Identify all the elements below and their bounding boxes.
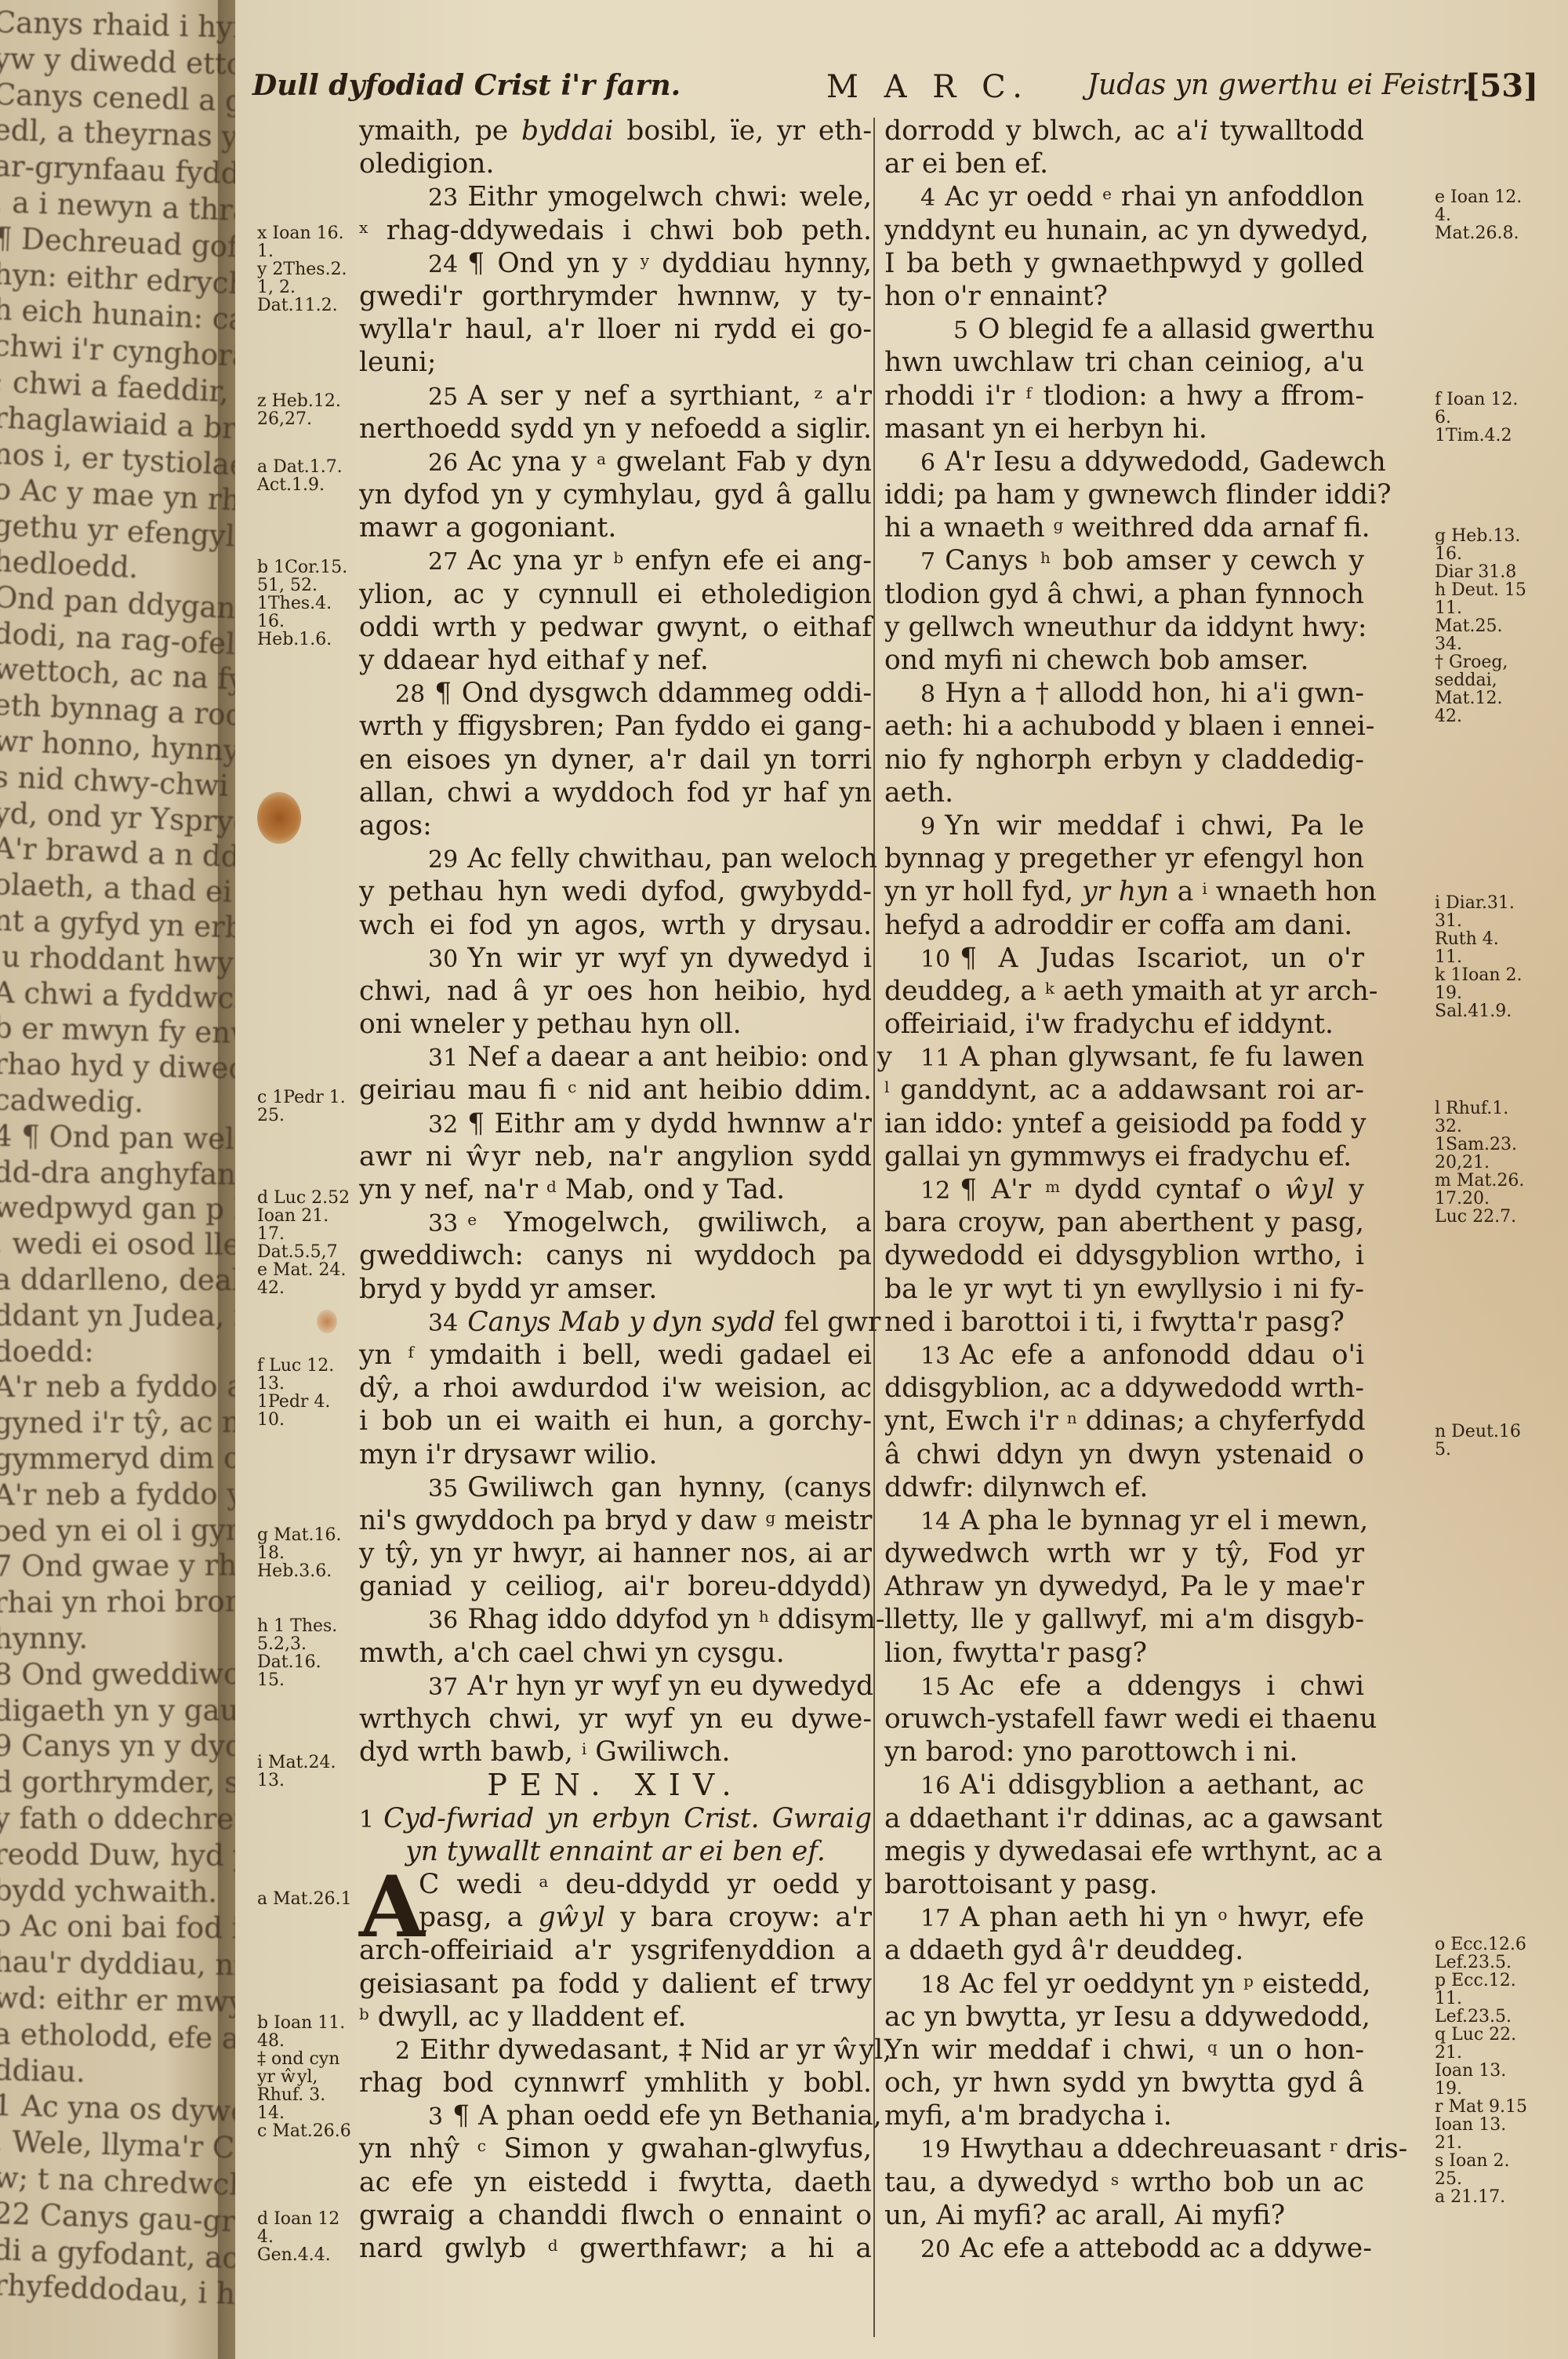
- text-line: 16A'i ddisgyblion a aethant, ac: [884, 1768, 1364, 1801]
- text-line: ganiad y ceiliog, ai'r boreu-ddydd): [359, 1570, 872, 1603]
- ink-stain: [257, 792, 301, 844]
- text-line: aeth: hi a achubodd y blaen i ennei-: [884, 710, 1364, 743]
- facing-page-line: 7 Ond gwae y rhai r beichiog: [0, 1550, 235, 1582]
- facing-page-line: a ddarlleno, dealled) yna y rhai: [0, 1265, 235, 1296]
- text-line: ymaith, pe byddai bosibl, ïe, yr eth-: [359, 114, 872, 147]
- text-line: rhag bod cynnwrf ymhlith y bobl.: [359, 2066, 872, 2099]
- text-line: 23Eithr ymogelwch chwi: wele,: [359, 180, 872, 213]
- text-line: 3¶ A phan oedd efe yn Bethania,: [359, 2099, 872, 2132]
- cross-reference-note: a Dat.1.7. Act.1.9.: [257, 458, 343, 494]
- text-line: wrthych chwi, yr wyf yn eu dywe-: [359, 1703, 872, 1736]
- facing-page-line: rhai yn rhoi bronnau yn y dydd: [0, 1586, 235, 1617]
- text-line: 28¶ Ond dysgwch ddammeg oddi-: [359, 677, 872, 710]
- cross-reference-note: f Ioan 12. 6. 1Tim.4.2: [1435, 391, 1518, 445]
- cross-reference-note: n Deut.16 5.: [1435, 1423, 1521, 1459]
- cross-reference-note: i Diar.31. 31. Ruth 4. 11. k 1Ioan 2. 19…: [1435, 894, 1523, 1020]
- facing-page-line: d gorthrymder, s y cyfryw: [0, 1768, 235, 1797]
- facing-page-line: Canys rhaid i hynny fod; o: [0, 8, 235, 45]
- text-line: ylion, ac y cynnull ei etholedigion: [359, 578, 872, 611]
- text-line: arch-offeiriaid a'r ysgrifenyddion a: [359, 1934, 872, 1967]
- cross-reference-note: h 1 Thes. 5.2,3. Dat.16. 15.: [257, 1617, 337, 1689]
- text-line: I ba beth y gwnaethpwyd y golled: [884, 247, 1364, 280]
- facing-page-line: y fath o ddechreu'r creadur: [0, 1804, 235, 1834]
- book-title: M A R C.: [826, 69, 1030, 105]
- text-line: 31Nef a daear a ant heibio: ond y: [359, 1041, 872, 1074]
- text-line: un, Ai myfi? ac arall, Ai myfi?: [884, 2199, 1364, 2232]
- text-line: dyd wrth bawb, i Gwiliwch.: [359, 1736, 872, 1768]
- text-line: 2Eithr dywedasant, ‡ Nid ar yr ŵyl,: [359, 2034, 872, 2066]
- drop-cap: A: [359, 1868, 425, 1946]
- cross-reference-note: c 1Pedr 1. 25.: [257, 1089, 346, 1125]
- text-line: aeth.: [884, 776, 1364, 809]
- text-line: barottoisant y pasg.: [884, 1868, 1364, 1901]
- text-line: ond myfi ni chewch bob amser.: [884, 644, 1364, 677]
- text-line: pasg, a gŵyl y bara croyw: a'r: [359, 1901, 872, 1934]
- text-line: agos:: [359, 809, 872, 842]
- cross-reference-note: d Ioan 12 4. Gen.4.4.: [257, 2210, 339, 2264]
- text-line: yn f ymdaith i bell, wedi gadael ei: [359, 1339, 872, 1372]
- facing-page-line: rhyfeddodau, i hudo: [0, 2270, 235, 2310]
- text-line: nard gwlyb d gwerthfawr; a hi a: [359, 2232, 872, 2265]
- text-line: l ganddynt, ac a addawsant roi ar-: [884, 1074, 1364, 1107]
- facing-page-line: dd-dra anghyfaneddol, yr hwn: [0, 1158, 235, 1191]
- text-line: myfi, a'm bradycha i.: [884, 2099, 1364, 2132]
- text-line: tlodion gyd â chwi, a phan fynnoch: [884, 578, 1364, 611]
- text-line: geisiasant pa fodd y dalient ef trwy: [359, 1968, 872, 2001]
- text-line: allan, chwi a wyddoch fod yr haf yn: [359, 776, 872, 809]
- text-line: leuni;: [359, 346, 872, 379]
- facing-page-line: o Ac oni bai fod i'r Arglwydd: [0, 1911, 235, 1945]
- page-number: [53]: [1465, 67, 1538, 104]
- right-text-column: dorrodd y blwch, ac a'i tywalltoddar ei …: [884, 114, 1364, 2265]
- text-line: 4Ac yr oedd e rhai yn anfoddlon: [884, 180, 1364, 213]
- text-line: a ddaeth gyd â'r deuddeg.: [884, 1934, 1364, 1967]
- text-line: y gellwch wneuthur da iddynt hwy:: [884, 611, 1364, 644]
- text-line: 13Ac efe a anfonodd ddau o'i: [884, 1339, 1364, 1372]
- text-line: ian iddo: yntef a geisiodd pa fodd y: [884, 1107, 1364, 1140]
- text-line: 24¶ Ond yn y y dyddiau hynny,: [359, 247, 872, 280]
- text-line: rhoddi i'r f tlodion: a hwy a ffrom-: [884, 380, 1364, 413]
- text-line: 12¶ A'r m dydd cyntaf o ŵyl y: [884, 1173, 1364, 1206]
- facing-page-line: 9 Canys yn y dyddiau hynny: [0, 1732, 235, 1761]
- text-line: dorrodd y blwch, ac a'i tywalltodd: [884, 114, 1364, 147]
- facing-page-line: ddiau.: [0, 2055, 85, 2087]
- text-line: 9Yn wir meddaf i chwi, Pa le: [884, 809, 1364, 842]
- text-line: offeiriaid, i'w fradychu ef iddynt.: [884, 1008, 1364, 1041]
- facing-page-line: oed yn ei ol i gymmeryd ei: [0, 1514, 235, 1546]
- text-line: 6A'r Iesu a ddywedodd, Gadewch: [884, 445, 1364, 478]
- left-facing-page: Canys rhaid i hynny fod; oyw y diwedd et…: [0, 0, 235, 2359]
- text-line: C wedi a deu-ddydd yr oedd y: [359, 1868, 872, 1901]
- text-line: 5O blegid fe a allasid gwerthu: [884, 313, 1364, 346]
- facing-page-line: gymmeryd dim o'i dŷ.: [0, 1443, 235, 1474]
- text-line: 11A phan glywsant, fe fu lawen: [884, 1041, 1364, 1074]
- facing-page-line: yw y diwedd etto.: [0, 44, 235, 79]
- text-line: hefyd a adroddir er coffa am dani.: [884, 909, 1364, 942]
- text-line: gallai yn gymmwys ei fradychu ef.: [884, 1140, 1364, 1173]
- text-line: 34Canys Mab y dyn sydd fel gwr: [359, 1306, 872, 1339]
- text-line: Yn wir meddaf i chwi, q un o hon-: [884, 2034, 1364, 2066]
- text-line: hwn uwchlaw tri chan ceiniog, a'u: [884, 346, 1364, 379]
- text-line: oddi wrth y pedwar gwynt, o eithaf: [359, 611, 872, 644]
- right-running-title: Judas yn gwerthu ei Feistr.: [1087, 69, 1471, 101]
- text-line: chwi, nad â yr oes hon heibio, hyd: [359, 975, 872, 1008]
- facing-page-line: ddant yn Judea, ffoant i'r m: [0, 1301, 235, 1331]
- text-line: dywedodd ei ddysgyblion wrtho, i: [884, 1239, 1364, 1272]
- cross-reference-note: l Rhuf.1. 32. 1Sam.23. 20,21. m Mat.26. …: [1435, 1100, 1524, 1226]
- text-line: ac efe yn eistedd i fwytta, daeth: [359, 2166, 872, 2199]
- text-line: yn y nef, na'r d Mab, ond y Tad.: [359, 1173, 872, 1206]
- text-line: ar ei ben ef.: [884, 147, 1364, 180]
- text-line: 25A ser y nef a syrthiant, z a'r: [359, 380, 872, 413]
- text-line: 19Hwythau a ddechreuasant r dris-: [884, 2132, 1364, 2165]
- facing-page-line: A chwi a fyddwch gas o gan: [0, 978, 235, 1017]
- text-line: lion, fwytta'r pasg?: [884, 1637, 1364, 1670]
- facing-page-line: digaeth yn y gauaf.: [0, 1696, 235, 1725]
- text-line: 35Gwiliwch gan hynny, (canys: [359, 1471, 872, 1504]
- text-line: ynt, Ewch i'r n ddinas; a chyferfydd: [884, 1405, 1364, 1438]
- cross-reference-note: g Heb.13. 16. Diar 31.8 h Deut. 15 11. M…: [1435, 527, 1526, 725]
- text-line: hi a wnaeth g weithred dda arnaf fi.: [884, 511, 1364, 544]
- cross-reference-note: b 1Cor.15. 51, 52. 1Thes.4. 16. Heb.1.6.: [257, 558, 347, 649]
- facing-page-line: A'r neb a fyddo ar ben y tŷ,: [0, 1372, 235, 1401]
- cross-reference-note: a Mat.26.1: [257, 1890, 352, 1908]
- text-line: oruwch-ystafell fawr wedi ei thaenu: [884, 1703, 1364, 1736]
- cross-reference-note: o Ecc.12.6 Lef.23.5. p Ecc.12. 11. Lef.2…: [1435, 1936, 1527, 2206]
- facing-page-line: wedpwyd gan p Daniel y prop: [0, 1193, 235, 1225]
- text-line: gweddiwch: canys ni wyddoch pa: [359, 1239, 872, 1272]
- text-line: 10¶ A Judas Iscariot, un o'r: [884, 942, 1364, 975]
- facing-page-line: 1 Ac yna os dywed neb wrth: [0, 2091, 235, 2130]
- text-line: wch ei fod yn agos, wrth y drysau.: [359, 909, 872, 942]
- text-line: bryd y bydd yr amser.: [359, 1273, 872, 1306]
- facing-page-line: hedloedd.: [0, 547, 139, 583]
- facing-page-line: , wedi ei osod lle ni's dylid, (: [0, 1229, 235, 1260]
- text-line: 15Ac efe a ddengys i chwi: [884, 1670, 1364, 1703]
- text-line: yn barod: yno parottowch i ni.: [884, 1736, 1364, 1768]
- facing-page-line: 4 ¶ Ond pan weloch chwi: [0, 1121, 235, 1155]
- text-line: hon o'r ennaint?: [884, 280, 1364, 313]
- text-line: ddisgyblion, ac a ddywedodd wrth-: [884, 1372, 1364, 1405]
- facing-page-line: doedd:: [0, 1337, 94, 1366]
- text-line: megis y dywedasai efe wrthynt, ac a: [884, 1835, 1364, 1868]
- text-line: ac yn bwytta, yr Iesu a ddywedodd,: [884, 2001, 1364, 2034]
- cross-reference-note: f Luc 12. 13. 1Pedr 4. 10.: [257, 1357, 334, 1429]
- right-page: Dull dyfodiad Crist i'r farn. M A R C. J…: [235, 0, 1568, 2359]
- cross-reference-note: e Ioan 12. 4. Mat.26.8.: [1435, 188, 1522, 242]
- cross-reference-note: d Luc 2.52 Ioan 21. 17. Dat.5.5,7 e Mat.…: [257, 1189, 350, 1297]
- text-line: 33e Ymogelwch, gwiliwch, a: [359, 1206, 872, 1239]
- text-line: b dwyll, ac y lladdent ef.: [359, 2001, 872, 2034]
- text-line: y pethau hyn wedi dyfod, gwybydd-: [359, 875, 872, 908]
- text-line: dywedwch wrth wr y tŷ, Fod yr: [884, 1537, 1364, 1570]
- facing-page-line: a etholodd, efe a fyrhaodd y: [0, 2019, 235, 2056]
- text-line: 27Ac yna yr b enfyn efe ei ang-: [359, 544, 872, 577]
- facing-page-line: A'r neb a fyddo yn y maes: [0, 1478, 235, 1509]
- facing-page-line: b er mwyn fy enw i: eithr yr: [0, 1013, 235, 1051]
- cross-reference-note: x Ioan 16. 1. y 2Thes.2. 1, 2. Dat.11.2.: [257, 224, 347, 314]
- text-line: awr ni ŵyr neb, na'r angylion sydd: [359, 1140, 872, 1173]
- left-text-column: A ymaith, pe byddai bosibl, ïe, yr eth-o…: [359, 114, 872, 2265]
- text-line: 7Canys h bob amser y cewch y: [884, 544, 1364, 577]
- text-line: myn i'r drysawr wilio.: [359, 1438, 872, 1471]
- text-line: 20Ac efe a attebodd ac a ddywe-: [884, 2232, 1364, 2265]
- text-line: â chwi ddyn yn dwyn ystenaid o: [884, 1438, 1364, 1471]
- facing-page-line: hau'r dyddiau, ni chadwesid: [0, 1947, 235, 1982]
- text-line: 17A phan aeth hi yn o hwyr, efe: [884, 1901, 1364, 1934]
- text-line: 8Hyn a † allodd hon, hi a'i gwn-: [884, 677, 1364, 710]
- facing-page-line: wd: eithr er mwyn yr etholedig: [0, 1983, 235, 2020]
- small-stain: [317, 1310, 337, 1333]
- text-line: bynnag y pregether yr efengyl hon: [884, 842, 1364, 875]
- text-line: yn yr holl fyd, yr hyn a i wnaeth hon: [884, 875, 1364, 908]
- text-line: i bob un ei waith ei hun, a gorchy-: [359, 1405, 872, 1438]
- text-line: gwedi'r gorthrymder hwnnw, y ty-: [359, 280, 872, 313]
- text-line: mawr a gogoniant.: [359, 511, 872, 544]
- text-line: Athraw yn dywedyd, Pa le y mae'r: [884, 1570, 1364, 1603]
- text-line: mwth, a'ch cael chwi yn cysgu.: [359, 1637, 872, 1670]
- text-line: 37A'r hyn yr wyf yn eu dywedyd: [359, 1670, 872, 1703]
- text-line: 32¶ Eithr am y dydd hwnnw a'r: [359, 1107, 872, 1140]
- facing-page-line: rhao hyd y diwedd, hwnnw: [0, 1049, 235, 1086]
- text-line: y tŷ, yn yr hwyr, ai hanner nos, ai ar: [359, 1537, 872, 1570]
- text-line: geiriau mau fi c nid ant heibio ddim.: [359, 1074, 872, 1107]
- facing-page-line: bydd ychwaith.: [0, 1876, 217, 1906]
- text-line: deuddeg, a k aeth ymaith at yr arch-: [884, 975, 1364, 1008]
- facing-page-line: 8 Ond gweddiwch na byddo eich: [0, 1659, 235, 1689]
- text-line: 29Ac felly chwithau, pan weloch: [359, 842, 872, 875]
- text-line: wrth y ffigysbren; Pan fyddo ei gang-: [359, 710, 872, 743]
- cross-reference-note: b Ioan 11. 48. ‡ ond cyn yr ŵyl, Rhuf. 3…: [257, 2014, 351, 2140]
- text-line: nio fy nghorph erbyn y claddedig-: [884, 743, 1364, 776]
- text-line: 14A pha le bynnag yr el i mewn,: [884, 1504, 1364, 1537]
- facing-page-line: gyned i'r tŷ, ac nac aed i mewn: [0, 1407, 235, 1438]
- column-divider: [873, 118, 875, 2337]
- text-line: yn tywallt ennaint ar ei ben ef.: [359, 1835, 872, 1868]
- left-running-title: Dull dyfodiad Crist i'r farn.: [252, 69, 681, 102]
- text-line: oni wneler y pethau hyn oll.: [359, 1008, 872, 1041]
- text-line: nerthoedd sydd yn y nefoedd a siglir.: [359, 413, 872, 445]
- facing-page-line: w; t na chredwch.: [0, 2163, 235, 2200]
- text-line: iddi; pa ham y gwnewch flinder iddi?: [884, 478, 1364, 511]
- text-line: 1Cyd-fwriad yn erbyn Crist. Gwraig: [359, 1802, 872, 1835]
- facing-page-line: reodd Duw, hyd y pryd hwn, a: [0, 1840, 235, 1871]
- text-line: wylla'r haul, a'r lloer ni rydd ei go-: [359, 313, 872, 346]
- text-line: 30Yn wir yr wyf yn dywedyd i: [359, 942, 872, 975]
- text-line: ynddynt eu hunain, ac yn dywedyd,: [884, 214, 1364, 247]
- text-line: ba le yr wyt ti yn ewyllysio i ni fy-: [884, 1273, 1364, 1306]
- text-line: 36Rhag iddo ddyfod yn h ddisym-: [359, 1603, 872, 1636]
- text-line: och, yr hwn sydd yn bwytta gyd â: [884, 2066, 1364, 2099]
- text-line: masant yn ei herbyn hi.: [884, 413, 1364, 445]
- text-line: yn nhŷ c Simon y gwahan-glwyfus,: [359, 2132, 872, 2165]
- text-line: 26Ac yna y a gwelant Fab y dyn: [359, 445, 872, 478]
- facing-page-line: cadwedig.: [0, 1085, 143, 1117]
- text-line: oledigion.: [359, 147, 872, 180]
- text-line: gwraig a chanddi flwch o ennaint o: [359, 2199, 872, 2232]
- cross-reference-note: i Mat.24. 13.: [257, 1754, 336, 1790]
- text-line: ned i barottoi i ti, i fwytta'r pasg?: [884, 1306, 1364, 1339]
- text-line: PEN. XIV.: [359, 1768, 872, 1801]
- text-line: bara croyw, pan aberthent y pasg,: [884, 1206, 1364, 1239]
- text-line: lletty, lle y gallwyf, mi a'm disgyb-: [884, 1603, 1364, 1636]
- text-line: tau, a dywedyd s wrtho bob un ac: [884, 2166, 1364, 2199]
- text-line: ddwfr: dilynwch ef.: [884, 1471, 1364, 1504]
- cross-reference-note: g Mat.16. 18. Heb.3.6.: [257, 1526, 342, 1580]
- text-line: ni's gwyddoch pa bryd y daw g meistr: [359, 1504, 872, 1537]
- text-line: yn dyfod yn y cymhylau, gyd â gallu: [359, 478, 872, 511]
- text-line: x rhag-ddywedais i chwi bob peth.: [359, 214, 872, 247]
- text-line: 18Ac fel yr oeddynt yn p eistedd,: [884, 1968, 1364, 2001]
- text-line: y ddaear hyd eithaf y nef.: [359, 644, 872, 677]
- facing-page-line: hynny.: [0, 1623, 88, 1653]
- running-header: Dull dyfodiad Crist i'r farn. M A R C. J…: [252, 69, 1538, 116]
- text-line: a ddaethant i'r ddinas, ac a gawsant: [884, 1802, 1364, 1835]
- cross-reference-note: z Heb.12. 26,27.: [257, 392, 341, 428]
- text-line: en eisoes yn dyner, a'r dail yn torri: [359, 743, 872, 776]
- text-line: dŷ, a rhoi awdurdod i'w weision, ac: [359, 1372, 872, 1405]
